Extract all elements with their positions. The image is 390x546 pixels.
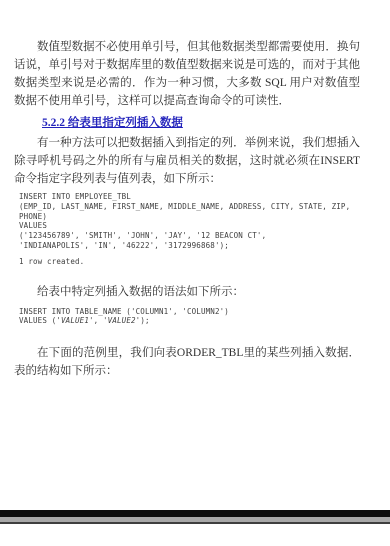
page-bottom-scan-line [0, 522, 390, 524]
code-segment: VALUES (' [19, 316, 61, 325]
code-line: VALUES ('VALUE1', 'VALUE2'); [19, 316, 360, 326]
code-line: INSERT INTO TABLE_NAME ('COLUMN1', 'COLU… [19, 307, 360, 317]
page-content: 数值型数据不必使用单引号，但其他数据类型都需要使用．换句话说，单引号对于数据库里… [0, 0, 390, 380]
section-heading-5-2-2: 5.2.2 给表里指定列插入数据 [42, 114, 360, 132]
paragraph-single-quotes-rule: 数值型数据不必使用单引号，但其他数据类型都需要使用．换句话说，单引号对于数据库里… [14, 38, 360, 110]
code-result-row-created: 1 row created. [19, 257, 360, 267]
scanned-book-page: 数值型数据不必使用单引号，但其他数据类型都需要使用．换句话说，单引号对于数据库里… [0, 0, 390, 546]
code-segment: ', ' [89, 316, 108, 325]
code-line: INSERT INTO EMPLOYEE_TBL [19, 192, 360, 202]
code-line: ('123456789', 'SMITH', 'JOHN', 'JAY', '1… [19, 231, 360, 241]
code-line: PHONE) [19, 212, 360, 222]
code-line: (EMP_ID, LAST_NAME, FIRST_NAME, MIDDLE_N… [19, 202, 360, 212]
code-line: VALUES [19, 221, 360, 231]
page-bottom-scan-bar-black [0, 510, 390, 517]
paragraph-insert-specific-columns: 有一种方法可以把数据插入到指定的列．举例来说，我们想插入除寻呼机号码之外的所有与… [14, 134, 360, 188]
code-placeholder-value2: VALUE2 [108, 316, 136, 325]
code-placeholder-value1: VALUE1 [61, 316, 89, 325]
paragraph-syntax-intro: 给表中特定列插入数据的语法如下所示： [14, 283, 360, 301]
code-block-insert-syntax: INSERT INTO TABLE_NAME ('COLUMN1', 'COLU… [19, 307, 360, 327]
code-block-insert-employee: INSERT INTO EMPLOYEE_TBL (EMP_ID, LAST_N… [19, 192, 360, 251]
code-line: 'INDIANAPOLIS', 'IN', '46222', '31729968… [19, 241, 360, 251]
code-segment: '); [136, 316, 150, 325]
paragraph-order-tbl-example: 在下面的范例里，我们向表ORDER_TBL里的某些列插入数据．表的结构如下所示： [14, 344, 360, 380]
